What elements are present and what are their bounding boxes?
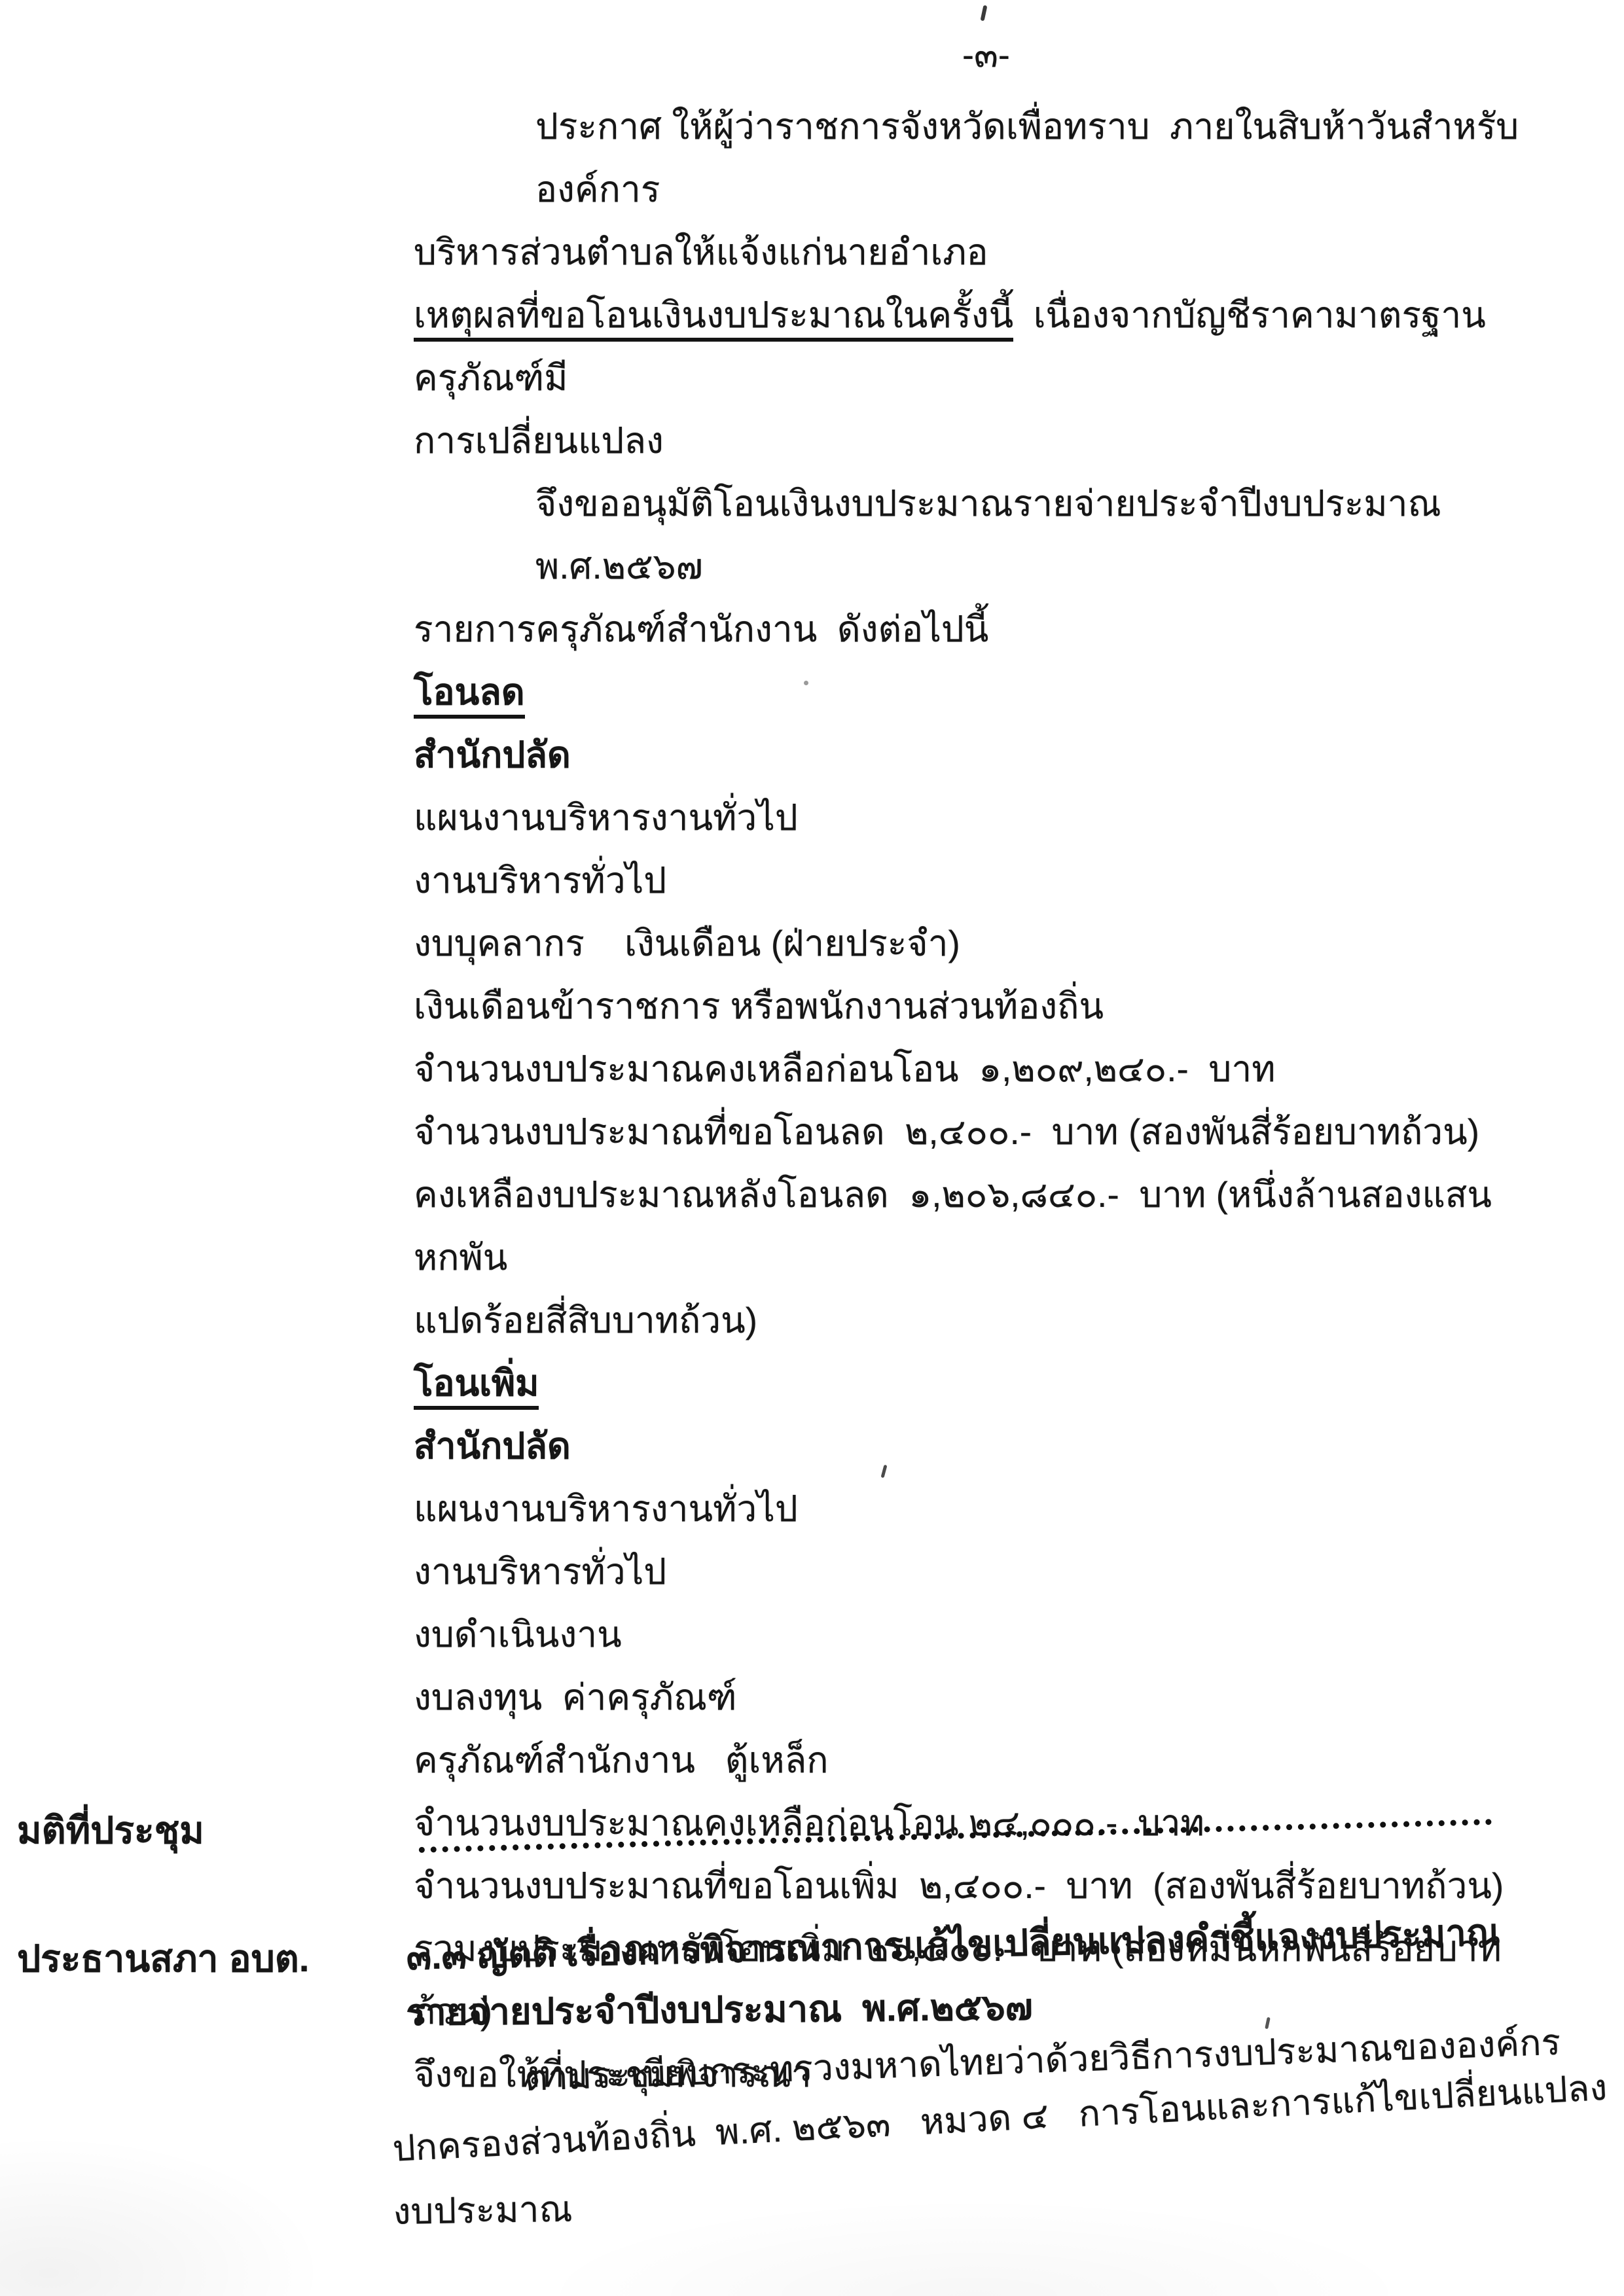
- underlined-text: โอนเพิ่ม: [414, 1363, 539, 1410]
- body-line: แปดร้อยสี่สิบบาทถ้วน): [414, 1289, 1526, 1352]
- body-line: จำนวนงบประมาณคงเหลือก่อนโอน ๑,๒๐๙,๒๔๐.- …: [414, 1037, 1526, 1100]
- council-chairman-label: ประธานสภา อบต.: [17, 1936, 310, 1982]
- body-line: บริหารส่วนตำบลให้แจ้งแก่นายอำเภอ: [414, 221, 1526, 283]
- body-line: รายการครุภัณฑ์สำนักงาน ดังต่อไปนี้: [414, 598, 1526, 660]
- scan-artifact-speck: [804, 681, 808, 685]
- body-line: แผนงานบริหารงานทั่วไป: [414, 1477, 1526, 1540]
- scanned-document-page: -๓- ประกาศ ให้ผู้ว่าราชการจังหวัดเพื่อทร…: [0, 0, 1624, 2296]
- page-number: -๓-: [962, 34, 1010, 76]
- body-line: งบบุคลากร เงินเดือน (ฝ่ายประจำ): [414, 912, 1526, 975]
- body-line: งานบริหารทั่วไป: [414, 849, 1526, 912]
- underlined-text: โอนลด: [414, 672, 525, 719]
- body-line: สำนักปลัด: [414, 1414, 1526, 1477]
- body-line: งานบริหารทั่วไป: [414, 1540, 1526, 1603]
- body-line: เงินเดือนข้าราชการ หรือพนักงานส่วนท้องถิ…: [414, 975, 1526, 1037]
- body-line: แผนงานบริหารงานทั่วไป: [414, 786, 1526, 849]
- body-line: สำนักปลัด: [414, 723, 1526, 786]
- body-line: งบลงทุน ค่าครุภัณฑ์: [414, 1666, 1526, 1729]
- body-line: จำนวนงบประมาณที่ขอโอนเพิ่ม ๒,๔๐๐.- บาท (…: [414, 1854, 1526, 1917]
- meeting-resolution-label: มติที่ประชุม: [17, 1808, 204, 1854]
- body-line: จำนวนงบประมาณที่ขอโอนลด ๒,๔๐๐.- บาท (สอง…: [414, 1100, 1526, 1163]
- regulation-paragraph-line3: งบประมาณ: [393, 2186, 573, 2234]
- body-line: งบดำเนินงาน: [414, 1603, 1526, 1666]
- body-line: คงเหลืองบประมาณหลังโอนลด ๑,๒๐๖,๘๔๐.- บาท…: [414, 1163, 1526, 1289]
- body-line: จึงขออนุมัติโอนเงินงบประมาณรายจ่ายประจำป…: [414, 472, 1526, 598]
- motion-heading-line2: รายจ่ายประจำปีงบประมาณ พ.ศ.๒๕๖๗: [406, 1984, 1033, 2036]
- body-line: ประกาศ ให้ผู้ว่าราชการจังหวัดเพื่อทราบ ภ…: [414, 95, 1526, 221]
- body-line: โอนลด: [414, 660, 1526, 723]
- body-line: ครุภัณฑ์สำนักงาน ตู้เหล็ก: [414, 1729, 1526, 1791]
- scan-artifact-mark: [981, 5, 988, 22]
- body-line: โอนเพิ่ม: [414, 1352, 1526, 1414]
- body-line: เหตุผลที่ขอโอนเงินงบประมาณในครั้งนี้ เนื…: [414, 283, 1526, 409]
- underlined-text: เหตุผลที่ขอโอนเงินงบประมาณในครั้งนี้: [414, 295, 1013, 342]
- body-line: การเปลี่ยนแปลง: [414, 409, 1526, 472]
